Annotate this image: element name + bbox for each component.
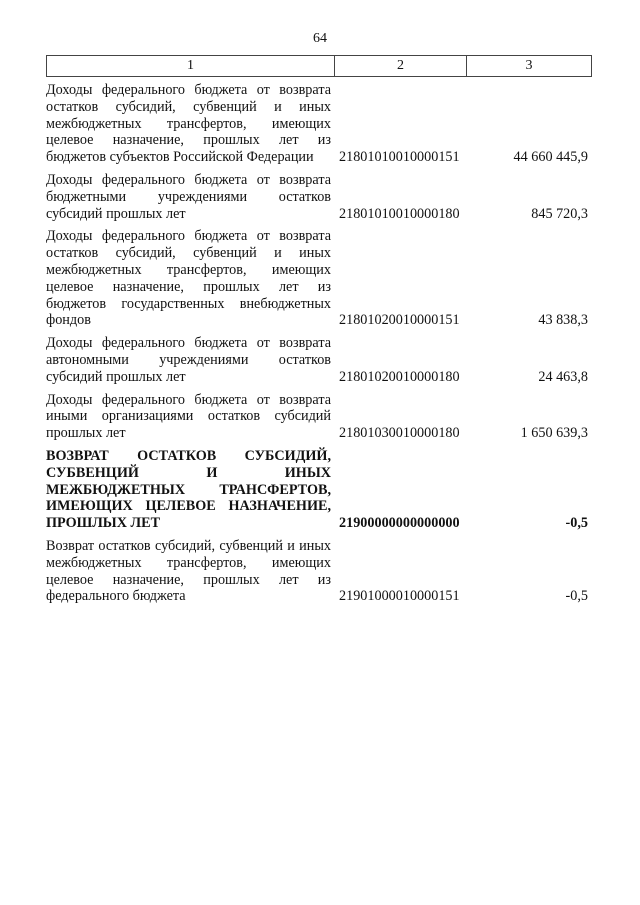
row-amount: 845 720,3 (471, 206, 592, 223)
row-code: 21801010010000151 (331, 149, 471, 166)
page-number: 64 (0, 31, 640, 47)
row-description: Доходы федерального бюджета от возврата … (46, 335, 331, 385)
table-header: 1 2 3 (46, 55, 592, 77)
row-code: 21801030010000180 (331, 425, 471, 442)
row-code: 21901000010000151 (331, 588, 471, 605)
row-description: ВОЗВРАТ ОСТАТКОВ СУБСИДИЙ, СУБВЕНЦИЙ И И… (46, 448, 331, 532)
row-code: 21900000000000000 (331, 515, 471, 532)
budget-table-body: Доходы федерального бюджета от возврата … (46, 82, 592, 611)
table-row: Доходы федерального бюджета от возврата … (46, 228, 592, 329)
row-amount: -0,5 (471, 588, 592, 605)
table-row: Доходы федерального бюджета от возврата … (46, 82, 592, 166)
row-amount: 43 838,3 (471, 312, 592, 329)
row-description: Доходы федерального бюджета от возврата … (46, 82, 331, 166)
row-amount: -0,5 (471, 515, 592, 532)
table-row-section-total: ВОЗВРАТ ОСТАТКОВ СУБСИДИЙ, СУБВЕНЦИЙ И И… (46, 448, 592, 532)
row-description: Доходы федерального бюджета от возврата … (46, 228, 331, 329)
table-row: Доходы федерального бюджета от возврата … (46, 392, 592, 442)
table-row: Возврат остатков субсидий, субвенций и и… (46, 538, 592, 605)
column-header-1: 1 (47, 56, 335, 76)
column-header-2: 2 (335, 56, 467, 76)
row-code: 21801020010000180 (331, 369, 471, 386)
table-row: Доходы федерального бюджета от возврата … (46, 172, 592, 222)
row-code: 21801010010000180 (331, 206, 471, 223)
column-header-3: 3 (467, 56, 591, 76)
row-amount: 1 650 639,3 (471, 425, 592, 442)
table-row: Доходы федерального бюджета от возврата … (46, 335, 592, 385)
row-description: Возврат остатков субсидий, субвенций и и… (46, 538, 331, 605)
row-description: Доходы федерального бюджета от возврата … (46, 172, 331, 222)
row-code: 21801020010000151 (331, 312, 471, 329)
row-amount: 44 660 445,9 (471, 149, 592, 166)
row-amount: 24 463,8 (471, 369, 592, 386)
row-description: Доходы федерального бюджета от возврата … (46, 392, 331, 442)
